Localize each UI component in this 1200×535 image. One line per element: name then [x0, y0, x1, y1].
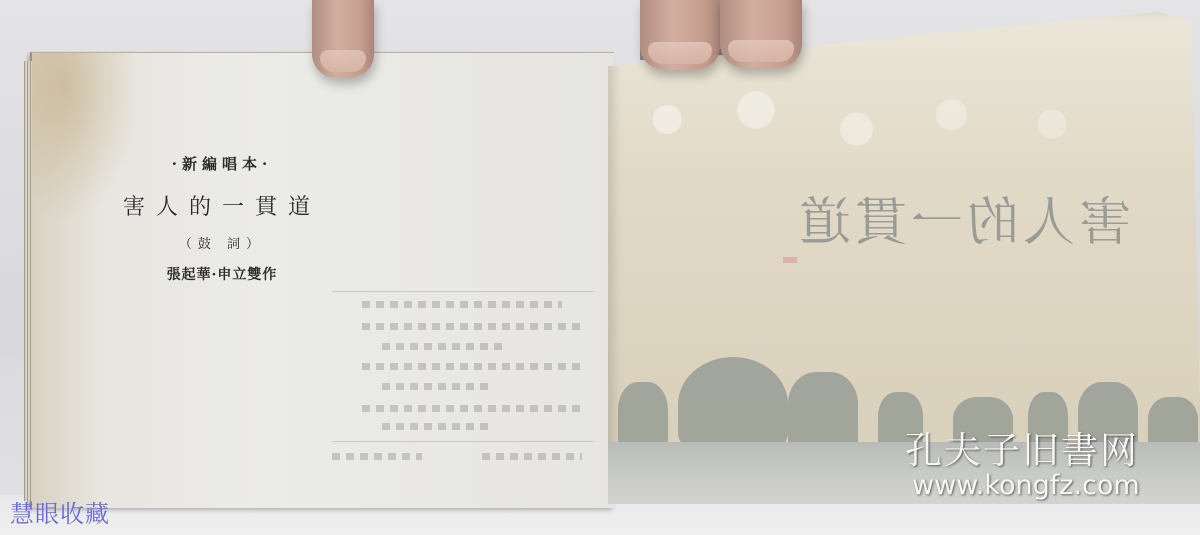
red-stamp-mark [783, 257, 797, 263]
page-edges [24, 61, 32, 501]
book-title: 害人的一貫道 [122, 190, 322, 221]
thumb [312, 0, 374, 78]
middle-finger [720, 0, 802, 68]
watermark-site-name: 孔夫子旧書网 [905, 420, 1139, 474]
watermark-site-url: www.kongfz.com [912, 470, 1140, 501]
book-genre: （鼓 詞） [122, 233, 322, 252]
left-page: ·新編唱本· 害人的一貫道 （鼓 詞） 張起華·申立雙作 [30, 52, 614, 508]
title-page-block: ·新編唱本· 害人的一貫道 （鼓 詞） 張起華·申立雙作 [122, 153, 322, 284]
series-label: ·新編唱本· [122, 153, 322, 174]
cover-title-mirrored: 害人的一貫道 [768, 180, 1158, 250]
floral-pattern [608, 72, 1200, 167]
bleed-through-colophon [332, 283, 594, 483]
collector-stamp: 慧眼收藏 [10, 494, 110, 529]
book-authors: 張起華·申立雙作 [122, 264, 322, 284]
index-finger [640, 0, 720, 70]
